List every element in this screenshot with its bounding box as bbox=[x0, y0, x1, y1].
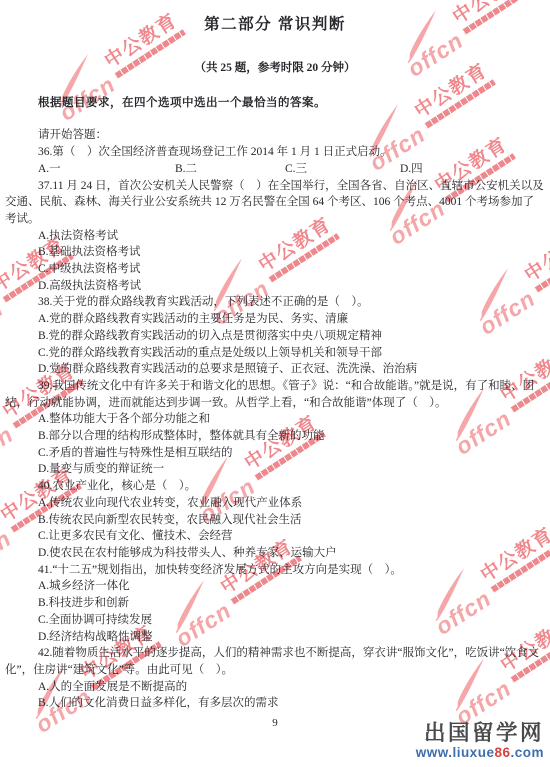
question-stem: 40.农业产业化，核心是（ ）。 bbox=[5, 478, 545, 495]
question-stem: 38.关于党的群众路线教育实践活动，下列表述不正确的是（ ）。 bbox=[5, 294, 545, 311]
option-d: D.使农民在农村能够成为科技带头人、种养专家、运输大户 bbox=[5, 545, 545, 562]
option-a: A.党的群众路线教育实践活动的主要任务是为民、务实、清廉 bbox=[5, 311, 545, 328]
question-42: 42.随着物质生活水平的逐步提高，人们的精神需求也不断提高，穿衣讲“服饰文化”，… bbox=[5, 645, 545, 712]
option-d: D.高级执法资格考试 bbox=[5, 278, 545, 295]
option-a: A.传统农业向现代农业转变，农业融入现代产业体系 bbox=[5, 495, 545, 512]
option-b: B.科技进步和创新 bbox=[5, 595, 545, 612]
option-c: C.让更多农民有文化、懂技术、会经营 bbox=[5, 528, 545, 545]
option-c: C.三 bbox=[285, 161, 400, 178]
options-row: A.一 B.二 C.三 D.四 bbox=[5, 161, 545, 178]
question-stem: 42.随着物质生活水平的逐步提高，人们的精神需求也不断提高，穿衣讲“服饰文化”，… bbox=[5, 645, 545, 678]
site-url: www.liuxue86.com bbox=[416, 745, 544, 760]
site-url-prefix: www.liuxue bbox=[416, 745, 495, 760]
question-stem: 39.我国传统文化中有许多关于和谐文化的思想。《管子》说：“和合故能谐。”就是说… bbox=[5, 378, 545, 411]
option-c: C.全面协调可持续发展 bbox=[5, 612, 545, 629]
question-39: 39.我国传统文化中有许多关于和谐文化的思想。《管子》说：“和合故能谐。”就是说… bbox=[5, 378, 545, 478]
option-a: A.人的全面发展是不断提高的 bbox=[5, 679, 545, 696]
swoosh-icon bbox=[0, 505, 3, 563]
page-content: 第二部分 常识判断 （共 25 题，参考时限 20 分钟） 根据题目要求，在四个… bbox=[5, 0, 545, 732]
site-url-suffix: .com bbox=[510, 745, 544, 760]
option-a: A.一 bbox=[38, 161, 175, 178]
option-d: D.四 bbox=[400, 161, 423, 178]
site-name: 出国留学网 bbox=[416, 721, 544, 745]
section-meta: （共 25 题，参考时限 20 分钟） bbox=[5, 60, 545, 77]
option-b: B.部分以合理的结构形成整体时，整体就具有全新的功能 bbox=[5, 428, 545, 445]
question-36: 36.第（ ）次全国经济普查现场登记工作 2014 年 1 月 1 日正式启动。… bbox=[5, 144, 545, 177]
begin-note: 请开始答题： bbox=[5, 127, 545, 144]
question-40: 40.农业产业化，核心是（ ）。 A.传统农业向现代农业转变，农业融入现代产业体… bbox=[5, 478, 545, 562]
question-stem: 41.“十二五”规划指出，加快转变经济发展方式的主攻方向是实现（ ）。 bbox=[5, 562, 545, 579]
option-b: B.人们的文化消费日益多样化，有多层次的需求 bbox=[5, 695, 545, 712]
option-a: A.执法资格考试 bbox=[5, 228, 545, 245]
option-d: D.经济结构战略性调整 bbox=[5, 629, 545, 646]
site-url-highlight: 86 bbox=[494, 745, 510, 760]
option-c: C.中级执法资格考试 bbox=[5, 261, 545, 278]
question-stem: 36.第（ ）次全国经济普查现场登记工作 2014 年 1 月 1 日正式启动。 bbox=[5, 144, 545, 161]
question-stem: 37.11 月 24 日，首次公安机关人民警察（ ）在全国举行，全国各省、自治区… bbox=[5, 178, 545, 228]
question-37: 37.11 月 24 日，首次公安机关人民警察（ ）在全国举行，全国各省、自治区… bbox=[5, 178, 545, 295]
liuxue86-logo: 出国留学网 www.liuxue86.com bbox=[416, 721, 544, 760]
instruction-text: 根据题目要求，在四个选项中选出一个最恰当的答案。 bbox=[5, 95, 545, 112]
option-b: B.二 bbox=[175, 161, 285, 178]
option-a: A.城乡经济一体化 bbox=[5, 578, 545, 595]
option-d: D.量变与质变的辩证统一 bbox=[5, 461, 545, 478]
option-c: C.矛盾的普遍性与特殊性是相互联结的 bbox=[5, 445, 545, 462]
option-b: B.传统农民向新型农民转变，农民融入现代社会生活 bbox=[5, 512, 545, 529]
option-b: B.基础执法资格考试 bbox=[5, 244, 545, 261]
option-c: C.党的群众路线教育实践活动的重点是处级以上领导机关和领导干部 bbox=[5, 345, 545, 362]
question-38: 38.关于党的群众路线教育实践活动，下列表述不正确的是（ ）。 A.党的群众路线… bbox=[5, 294, 545, 378]
option-b: B.党的群众路线教育实践活动的切入点是贯彻落实中央八项规定精神 bbox=[5, 328, 545, 345]
option-a: A.整体功能大于各个部分功能之和 bbox=[5, 411, 545, 428]
exam-page: offcn中公教育offcn中公教育offcn中公教育offcn中公教育offc… bbox=[0, 0, 550, 767]
question-41: 41.“十二五”规划指出，加快转变经济发展方式的主攻方向是实现（ ）。 A.城乡… bbox=[5, 562, 545, 646]
section-title: 第二部分 常识判断 bbox=[5, 15, 545, 34]
option-d: D.党的群众路线教育实践活动的总要求是照镜子、正衣冠、洗洗澡、治治病 bbox=[5, 361, 545, 378]
